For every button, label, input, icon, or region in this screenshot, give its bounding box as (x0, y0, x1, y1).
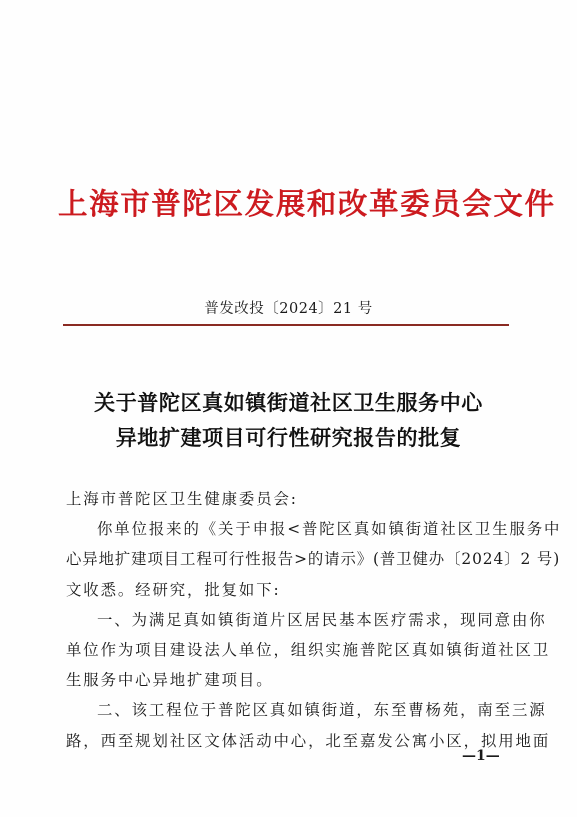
body-line: 单位作为项目建设法人单位，组织实施普陀区真如镇街道社区卫 (66, 635, 512, 665)
masthead-red-header: 上海市普陀区发展和改革委员会文件 (58, 184, 520, 224)
body-line: 生服务中心异地扩建项目。 (66, 665, 512, 695)
body-line: 心异地扩建项目工程可行性报告>的请示》(普卫健办〔2024〕2 号) (66, 544, 512, 574)
document-page: 上海市普陀区发展和改革委员会文件 普发改投〔2024〕21 号 关于普陀区真如镇… (0, 0, 577, 817)
body-line: 一、为满足真如镇街道片区居民基本医疗需求，现同意由你 (66, 605, 512, 635)
title-line-1: 关于普陀区真如镇街道社区卫生服务中心 (60, 386, 517, 421)
document-number: 普发改投〔2024〕21 号 (0, 298, 577, 320)
document-body: 上海市普陀区卫生健康委员会: 你单位报来的《关于申报<普陀区真如镇街道社区卫生服… (66, 484, 512, 756)
addressee: 上海市普陀区卫生健康委员会: (66, 484, 512, 514)
body-line: 文收悉。经研究，批复如下: (66, 575, 512, 605)
title-line-2: 异地扩建项目可行性研究报告的批复 (60, 421, 517, 456)
body-line: 你单位报来的《关于申报<普陀区真如镇街道社区卫生服务中 (66, 514, 512, 544)
red-divider-rule (63, 324, 509, 326)
body-line: 二、该工程位于普陀区真如镇街道，东至曹杨苑，南至三源 (66, 695, 512, 725)
body-line: 路，西至规划社区文体活动中心，北至嘉发公寓小区，拟用地面 (66, 726, 512, 756)
page-number: —1— (462, 748, 500, 764)
document-title: 关于普陀区真如镇街道社区卫生服务中心 异地扩建项目可行性研究报告的批复 (60, 386, 517, 456)
